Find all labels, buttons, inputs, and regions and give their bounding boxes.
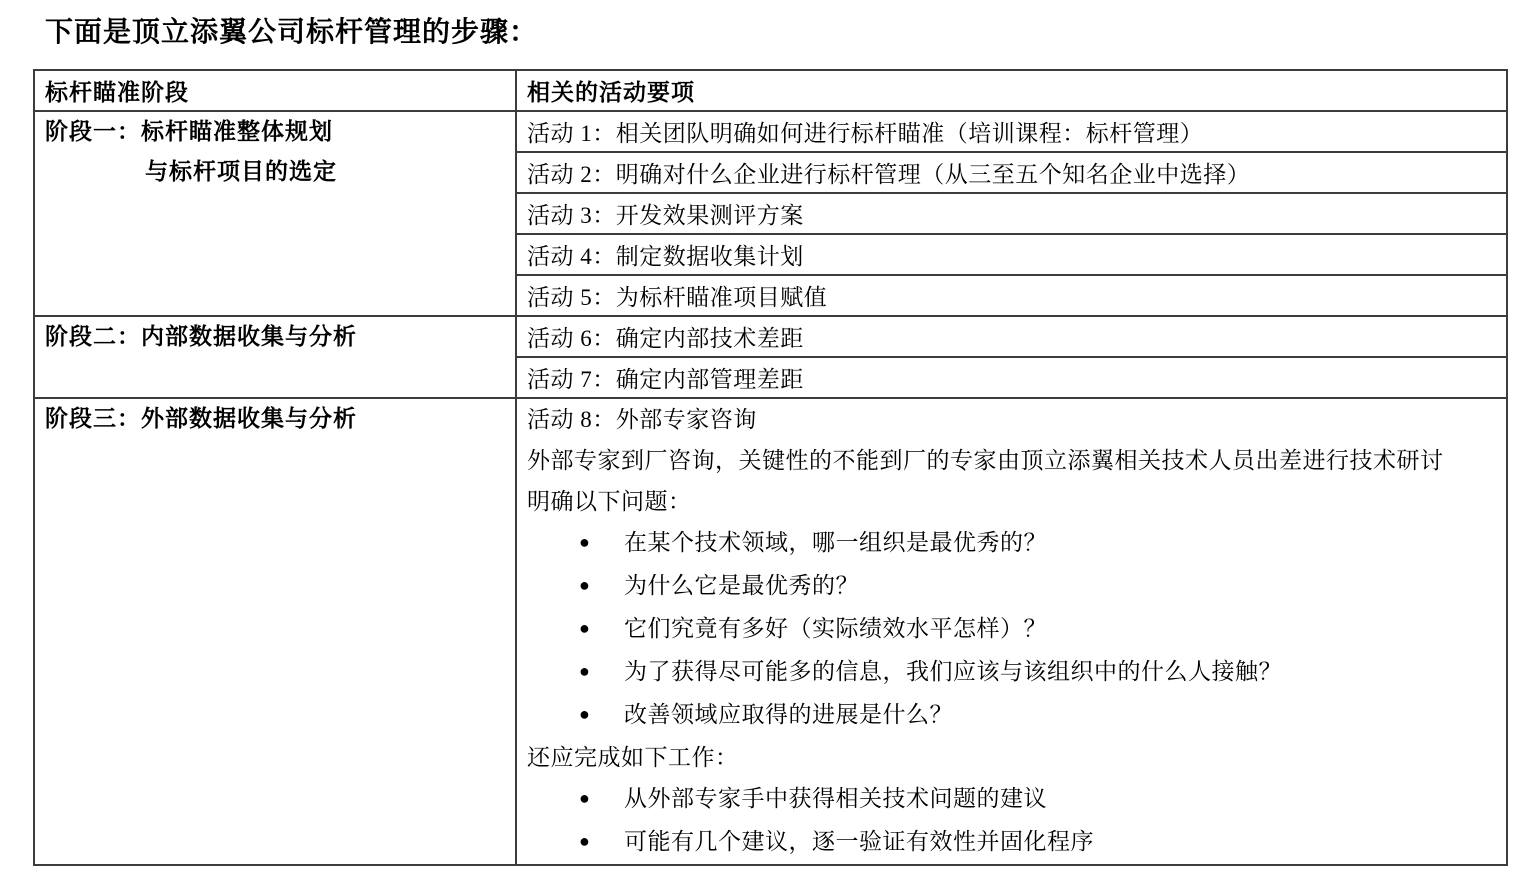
tasks-intro: 还应完成如下工作： <box>527 737 1496 778</box>
stage-cell-3: 阶段三：外部数据收集与分析 <box>34 398 516 865</box>
activity-8-title: 活动 8：外部专家咨询 <box>527 399 1496 440</box>
table-row: 阶段二：内部数据收集与分析 活动 6：确定内部技术差距 <box>34 316 1507 357</box>
table-row: 阶段三：外部数据收集与分析 活动 8：外部专家咨询 外部专家到厂咨询，关键性的不… <box>34 398 1507 865</box>
benchmarking-table: 标杆瞄准阶段 相关的活动要项 阶段一：标杆瞄准整体规划 与标杆项目的选定 活动 … <box>33 69 1508 866</box>
bullet-icon: ● <box>579 565 624 606</box>
question-text: 为什么它是最优秀的？ <box>624 565 859 606</box>
activity-4-cell: 活动 4：制定数据收集计划 <box>516 234 1507 275</box>
question-text: 为了获得尽可能多的信息，我们应该与该组织中的什么人接触？ <box>624 651 1282 692</box>
document-page: 下面是顶立添翼公司标杆管理的步骤： 标杆瞄准阶段 相关的活动要项 阶段一：标杆瞄… <box>0 0 1529 878</box>
questions-intro: 明确以下问题： <box>527 481 1496 522</box>
stage-cell-2: 阶段二：内部数据收集与分析 <box>34 316 516 398</box>
question-text: 在某个技术领域，哪一组织是最优秀的？ <box>624 522 1047 563</box>
stage-1-label-line-2: 与标杆项目的选定 <box>145 152 505 192</box>
bullet-icon: ● <box>579 522 624 563</box>
activity-7-cell: 活动 7：确定内部管理差距 <box>516 357 1507 398</box>
activity-3-cell: 活动 3：开发效果测评方案 <box>516 193 1507 234</box>
list-item: ● 可能有几个建议，逐一验证有效性并固化程序 <box>527 821 1496 864</box>
list-item: ● 为了获得尽可能多的信息，我们应该与该组织中的什么人接触？ <box>527 651 1496 694</box>
stage-1-label-line-1: 阶段一：标杆瞄准整体规划 <box>45 112 505 152</box>
stage-3-label: 阶段三：外部数据收集与分析 <box>45 399 505 439</box>
list-item: ● 从外部专家手中获得相关技术问题的建议 <box>527 778 1496 821</box>
table-header-row: 标杆瞄准阶段 相关的活动要项 <box>34 70 1507 111</box>
activity-5-cell: 活动 5：为标杆瞄准项目赋值 <box>516 275 1507 316</box>
list-item: ● 在某个技术领域，哪一组织是最优秀的？ <box>527 522 1496 565</box>
activity-8-paragraph: 外部专家到厂咨询，关键性的不能到厂的专家由顶立添翼相关技术人员出差进行技术研讨 <box>527 440 1496 481</box>
stage-2-label: 阶段二：内部数据收集与分析 <box>45 317 505 357</box>
bullet-icon: ● <box>579 608 624 649</box>
stage-cell-1: 阶段一：标杆瞄准整体规划 与标杆项目的选定 <box>34 111 516 316</box>
column-header-activities: 相关的活动要项 <box>516 70 1507 111</box>
bullet-icon: ● <box>579 821 624 862</box>
list-item: ● 它们究竟有多好（实际绩效水平怎样）？ <box>527 608 1496 651</box>
bullet-icon: ● <box>579 694 624 735</box>
question-text: 改善领域应取得的进展是什么？ <box>624 694 953 735</box>
document-title: 下面是顶立添翼公司标杆管理的步骤： <box>45 14 1529 52</box>
activity-6-cell: 活动 6：确定内部技术差距 <box>516 316 1507 357</box>
question-text: 它们究竟有多好（实际绩效水平怎样）？ <box>624 608 1047 649</box>
column-header-stage: 标杆瞄准阶段 <box>34 70 516 111</box>
list-item: ● 改善领域应取得的进展是什么？ <box>527 694 1496 737</box>
task-text: 可能有几个建议，逐一验证有效性并固化程序 <box>624 821 1094 862</box>
bullet-icon: ● <box>579 651 624 692</box>
activity-8-detail-cell: 活动 8：外部专家咨询 外部专家到厂咨询，关键性的不能到厂的专家由顶立添翼相关技… <box>516 398 1507 865</box>
activity-1-cell: 活动 1：相关团队明确如何进行标杆瞄准（培训课程：标杆管理） <box>516 111 1507 152</box>
task-text: 从外部专家手中获得相关技术问题的建议 <box>624 778 1047 819</box>
bullet-icon: ● <box>579 778 624 819</box>
activity-2-cell: 活动 2：明确对什么企业进行标杆管理（从三至五个知名企业中选择） <box>516 152 1507 193</box>
list-item: ● 为什么它是最优秀的？ <box>527 565 1496 608</box>
table-row: 阶段一：标杆瞄准整体规划 与标杆项目的选定 活动 1：相关团队明确如何进行标杆瞄… <box>34 111 1507 152</box>
